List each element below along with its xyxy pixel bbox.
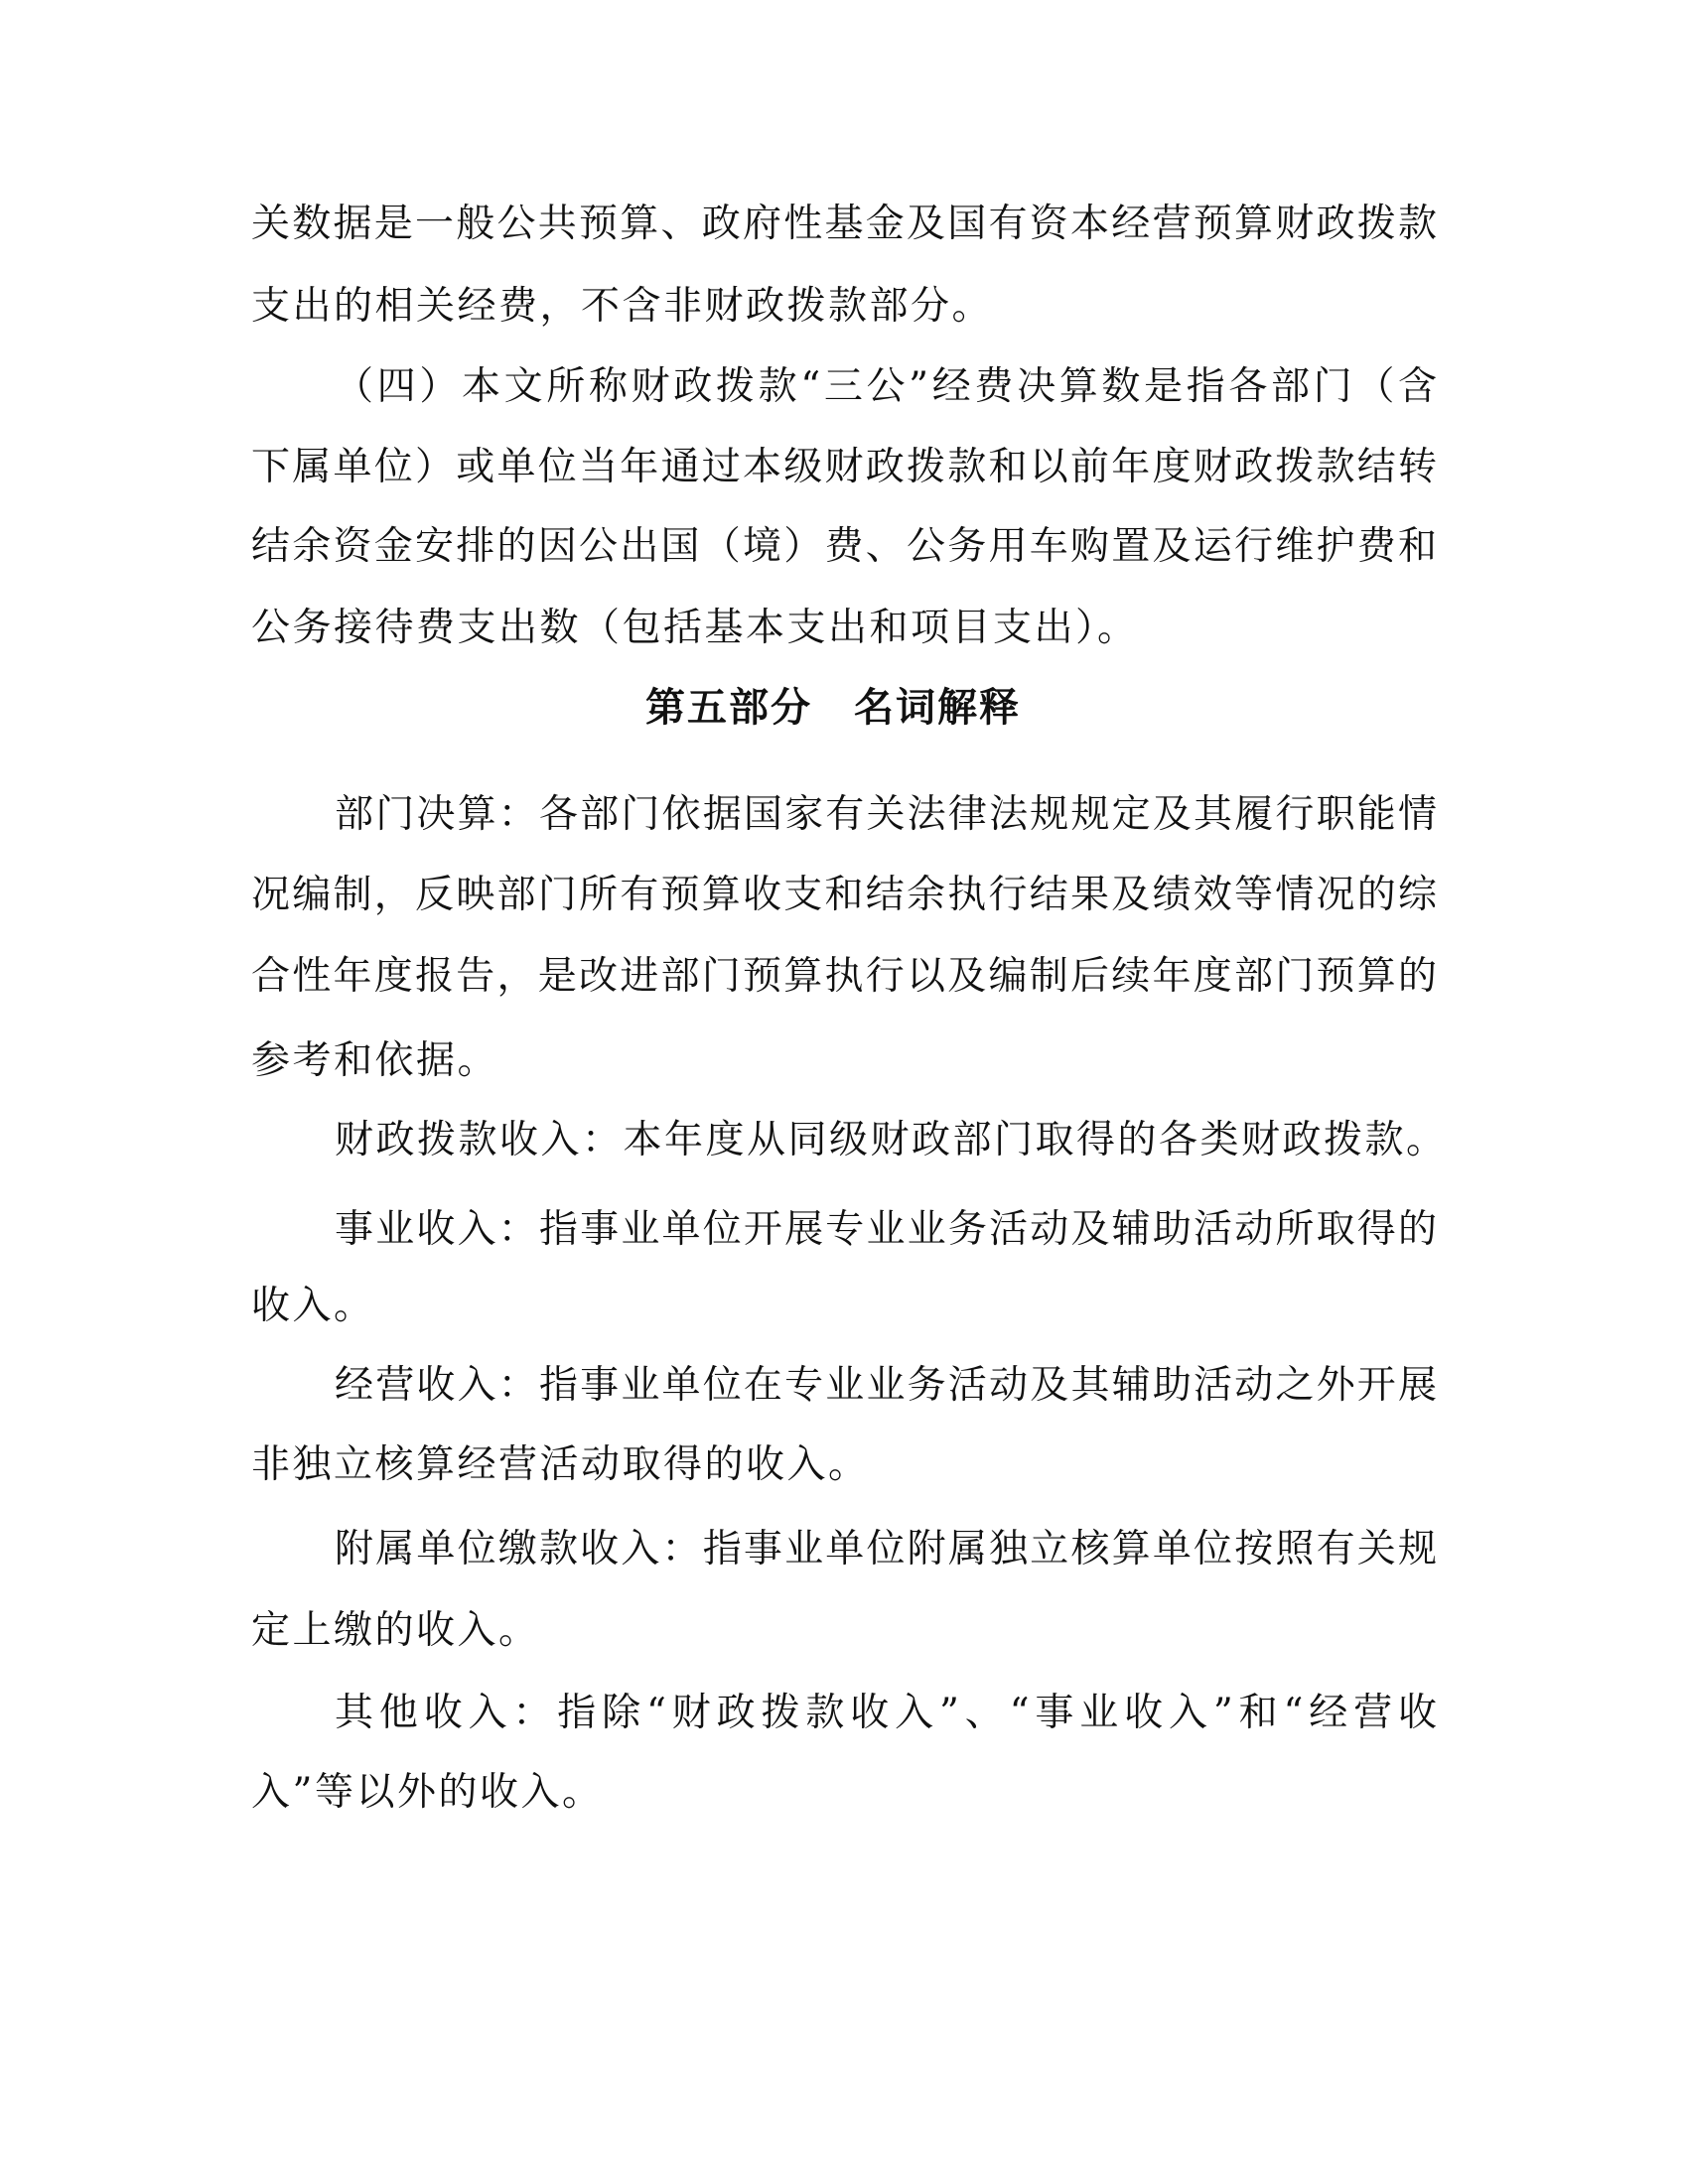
paragraph-line: 支出的相关经费，不含非财政拨款部分。 bbox=[251, 285, 993, 329]
paragraph-line: （四）本文所称财政拨款“三公”经费决算数是指各部门（含 bbox=[335, 365, 1437, 409]
definition-line: 非独立核算经营活动取得的收入。 bbox=[251, 1443, 870, 1487]
definition-line: 财政拨款收入：本年度从同级财政部门取得的各类财政拨款。 bbox=[335, 1119, 1448, 1162]
definition-line: 经营收入：指事业单位在专业业务活动及其辅助活动之外开展 bbox=[335, 1364, 1437, 1408]
definition-line: 合性年度报告，是改进部门预算执行以及编制后续年度部门预算的 bbox=[251, 955, 1437, 999]
paragraph-line: 关数据是一般公共预算、政府性基金及国有资本经营预算财政拨款 bbox=[251, 203, 1437, 246]
definition-line: 部门决算：各部门依据国家有关法律法规规定及其履行职能情 bbox=[335, 793, 1437, 837]
definition-line: 入”等以外的收入。 bbox=[251, 1771, 603, 1815]
definition-line: 参考和依据。 bbox=[251, 1039, 498, 1083]
definition-line: 事业收入：指事业单位开展专业业务活动及辅助活动所取得的 bbox=[335, 1208, 1437, 1252]
paragraph-line: 结余资金安排的因公出国（境）费、公务用车购置及运行维护费和 bbox=[251, 525, 1437, 569]
section-heading: 第五部分 名词解释 bbox=[645, 683, 1043, 733]
definition-line: 附属单位缴款收入：指事业单位附属独立核算单位按照有关规 bbox=[335, 1528, 1437, 1571]
paragraph-line: 下属单位）或单位当年通过本级财政拨款和以前年度财政拨款结转 bbox=[251, 446, 1437, 489]
definition-line: 收入。 bbox=[251, 1285, 375, 1328]
definition-line: 定上缴的收入。 bbox=[251, 1609, 540, 1653]
paragraph-line: 公务接待费支出数（包括基本支出和项目支出）。 bbox=[251, 607, 1139, 650]
definition-line: 其他收入：指除“财政拨款收入”、“事业收入”和“经营收 bbox=[335, 1692, 1437, 1735]
definition-line: 况编制，反映部门所有预算收支和结余执行结果及绩效等情况的综 bbox=[251, 874, 1437, 917]
document-page: 关数据是一般公共预算、政府性基金及国有资本经营预算财政拨款 支出的相关经费，不含… bbox=[0, 0, 1688, 2184]
